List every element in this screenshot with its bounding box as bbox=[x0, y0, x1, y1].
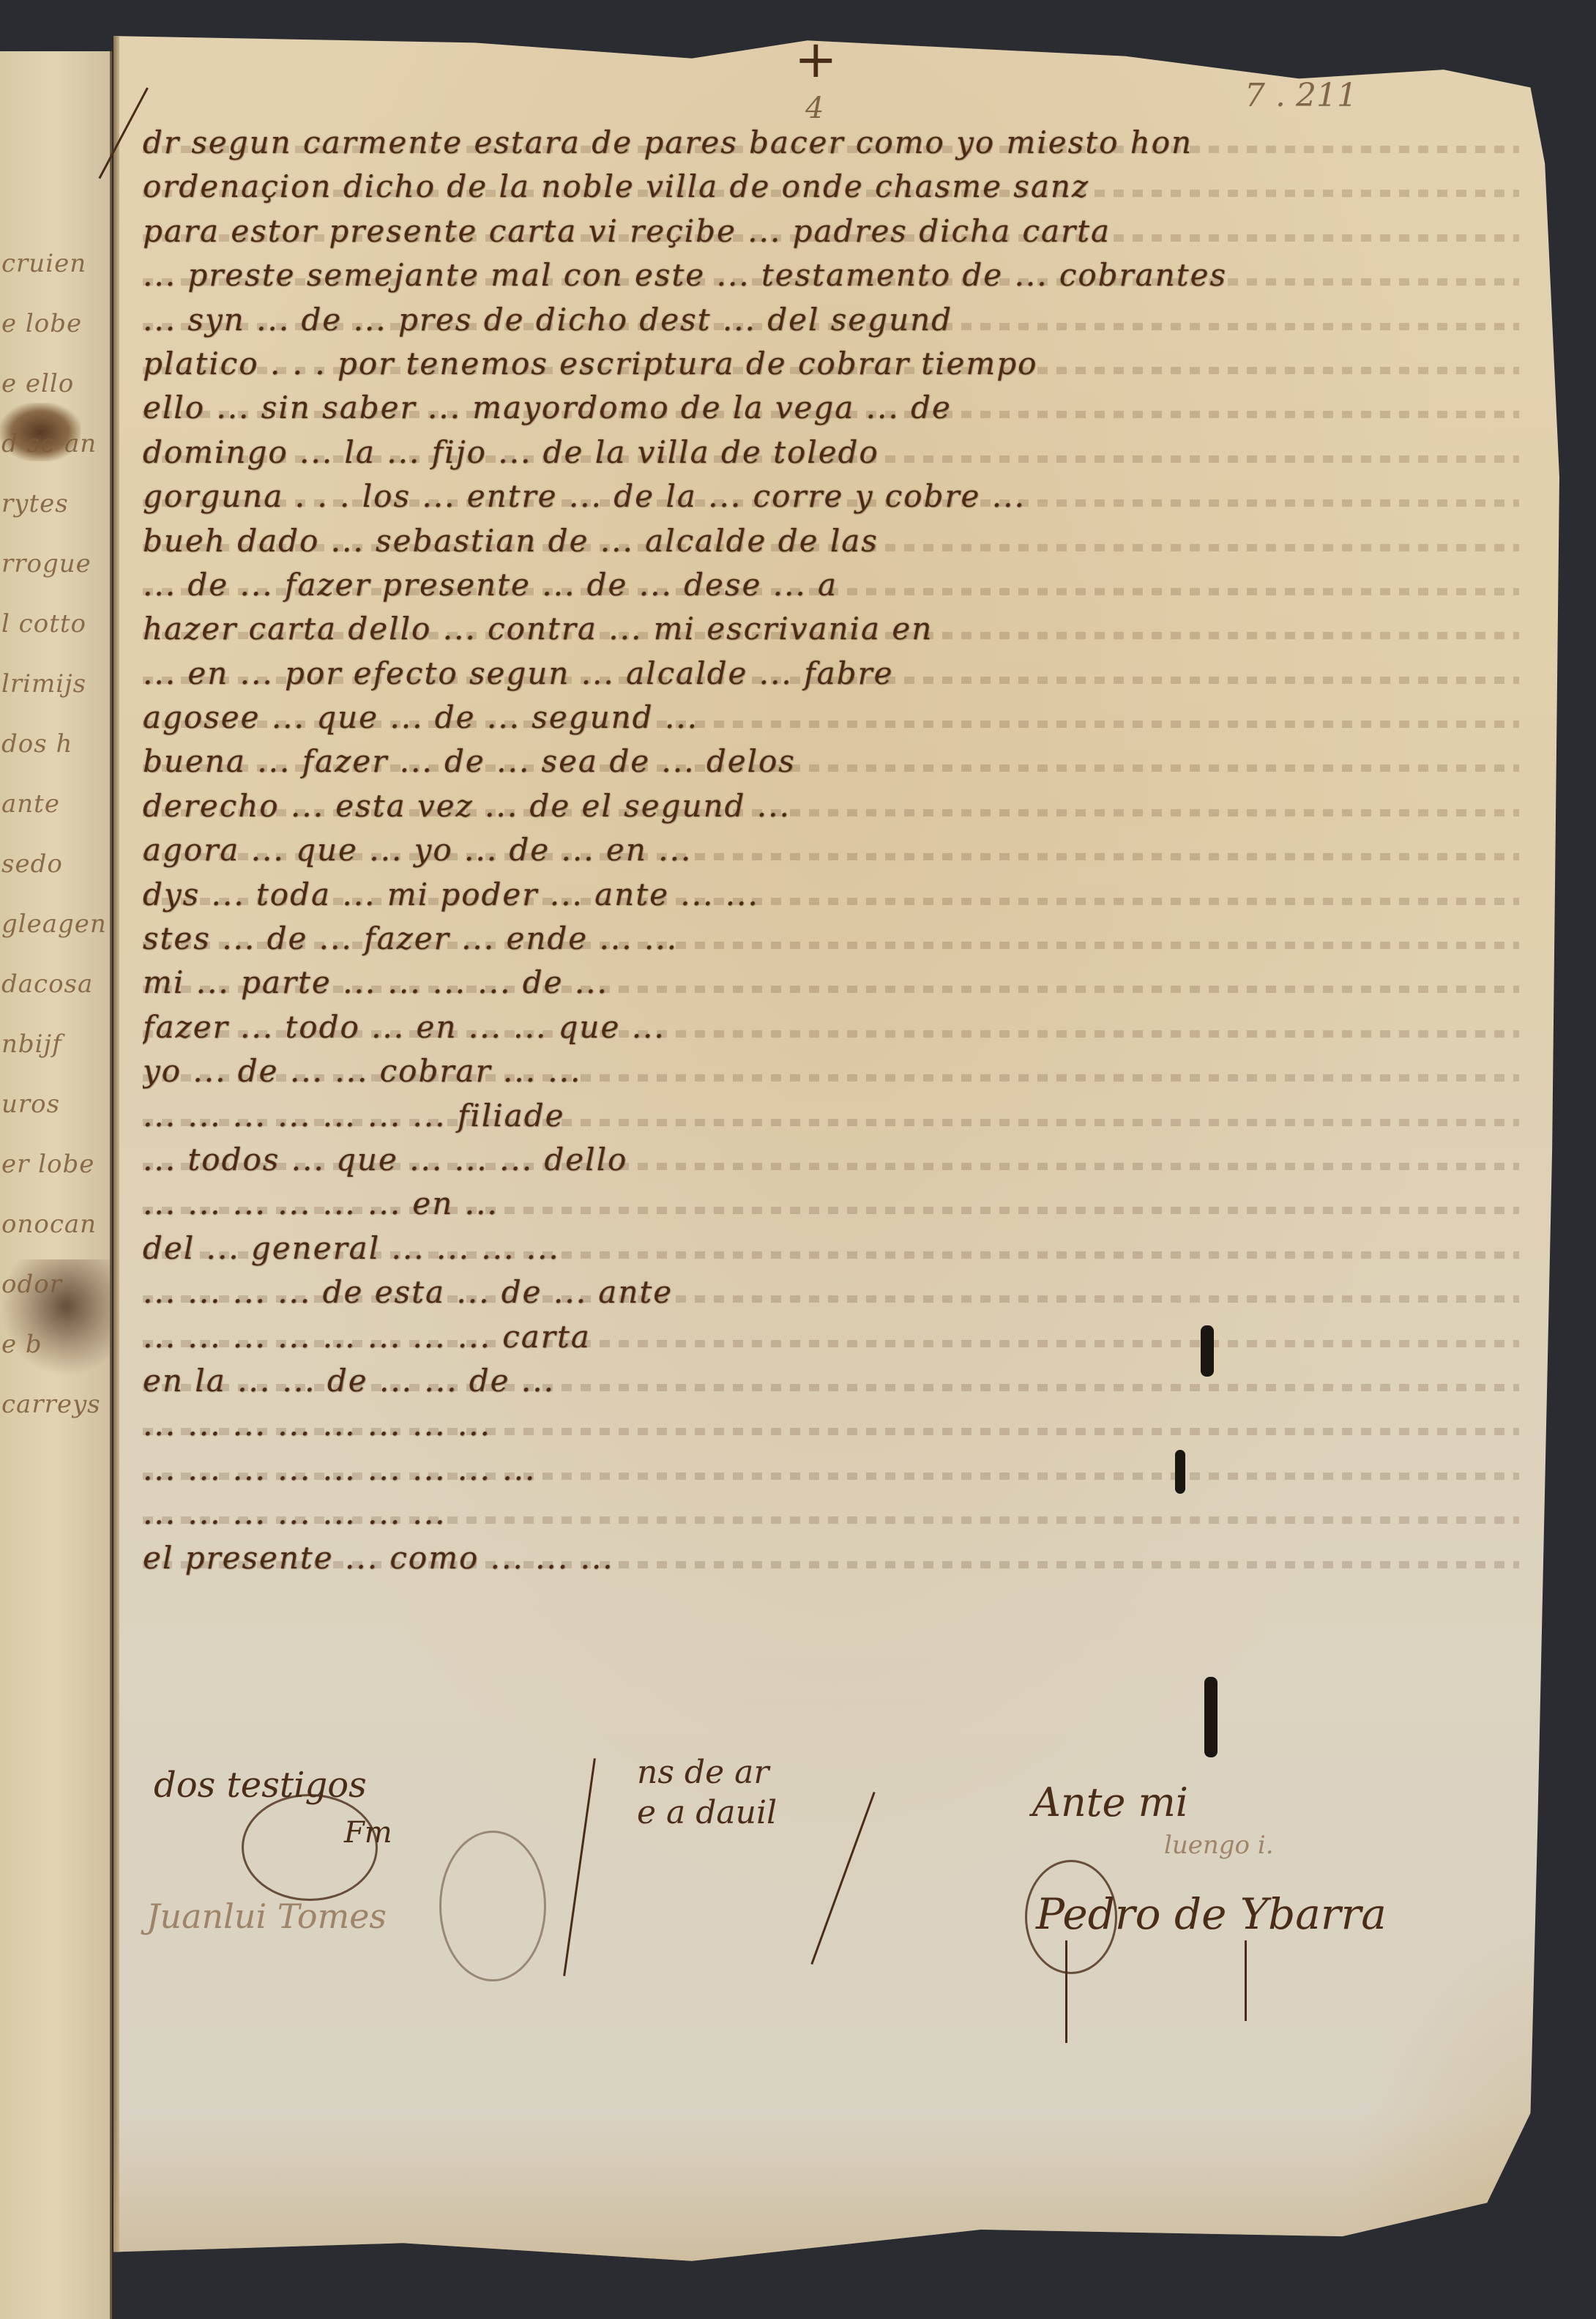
manuscript-line: bueh dado ... sebastian de ... alcalde d… bbox=[143, 519, 1519, 563]
signature-flourish bbox=[439, 1831, 546, 1981]
manuscript-line: yo ... de ... ... cobrar ... ... bbox=[143, 1049, 1519, 1093]
manuscript-line: ... syn ... de ... pres de dicho dest ..… bbox=[143, 298, 1519, 342]
manuscript-line: ... preste semejante mal con este ... te… bbox=[143, 253, 1519, 297]
margin-fragment: e b bbox=[1, 1330, 42, 1359]
manuscript-line: derecho ... esta vez ... de el segund ..… bbox=[143, 784, 1519, 828]
manuscript-line: ello ... sin saber ... mayordomo de la v… bbox=[143, 386, 1519, 430]
signature-line-1: ns de ar bbox=[637, 1754, 769, 1791]
margin-fragment: uros bbox=[1, 1090, 60, 1119]
manuscript-line: ... en ... por efecto segun ... alcalde … bbox=[143, 652, 1519, 696]
manuscript-line: ... ... ... ... de esta ... de ... ante bbox=[143, 1270, 1519, 1314]
manuscript-line: agosee ... que ... de ... segund ... bbox=[143, 696, 1519, 740]
manuscript-line: ... ... ... ... ... ... ... ... ... bbox=[143, 1448, 1519, 1492]
manuscript-line: ... ... ... ... ... ... ... ... carta bbox=[143, 1315, 1519, 1359]
manuscript-line: agora ... que ... yo ... de ... en ... bbox=[143, 828, 1519, 872]
top-right-mark: 7 . 211 bbox=[1245, 77, 1357, 114]
faint-signature: Juanlui Tomes bbox=[146, 1896, 387, 1936]
manuscript-line: ... ... ... ... ... ... ... bbox=[143, 1492, 1519, 1536]
margin-fragment: odor bbox=[1, 1270, 62, 1299]
margin-fragment: e lobe bbox=[1, 309, 82, 338]
manuscript-line: para estor presente carta vi reçibe ... … bbox=[143, 209, 1519, 253]
margin-fragment: carreys bbox=[1, 1390, 101, 1419]
margin-fragment: er lobe bbox=[1, 1150, 94, 1179]
manuscript-line: mi ... parte ... ... ... ... de ... bbox=[143, 961, 1519, 1005]
margin-fragment: rrogue bbox=[1, 549, 92, 578]
manuscript-line: stes ... de ... fazer ... ende ... ... bbox=[143, 917, 1519, 961]
ante-mi-label: Ante mi bbox=[1032, 1779, 1188, 1825]
margin-fragment: onocan bbox=[1, 1210, 97, 1239]
margin-fragment: ante bbox=[1, 789, 60, 819]
manuscript-line: hazer carta dello ... contra ... mi escr… bbox=[143, 607, 1519, 651]
margin-fragment: lrimijs bbox=[1, 669, 86, 699]
manuscript-line: fazer ... todo ... en ... ... que ... bbox=[143, 1005, 1519, 1049]
paper-tear bbox=[1175, 1450, 1185, 1494]
notary-annotation: luengo i. bbox=[1164, 1831, 1274, 1860]
manuscript-line: ... ... ... ... ... ... ... ... bbox=[143, 1403, 1519, 1447]
facing-page-left: cruiene lobee ellod se anrytesrroguel co… bbox=[0, 51, 112, 2319]
signature-flourish bbox=[242, 1794, 378, 1901]
margin-fragment: l cotto bbox=[1, 609, 86, 639]
margin-fragment: rytes bbox=[1, 489, 69, 518]
margin-fragment: nbijf bbox=[1, 1030, 62, 1059]
manuscript-line: ... ... ... ... ... ... en ... bbox=[143, 1182, 1519, 1226]
manuscript-line: domingo ... la ... fijo ... de la villa … bbox=[143, 431, 1519, 474]
manuscript-line: gorguna . . . los ... entre ... de la ..… bbox=[143, 474, 1519, 518]
margin-fragment: gleagen bbox=[1, 909, 107, 939]
margin-fragment: dacosa bbox=[1, 969, 93, 999]
manuscript-line: el presente ... como ... ... ... bbox=[143, 1536, 1519, 1580]
manuscript-line: ... de ... fazer presente ... de ... des… bbox=[143, 563, 1519, 607]
notary-pen-stroke bbox=[1245, 1940, 1247, 2021]
manuscript-line: platico . . . por tenemos escriptura de … bbox=[143, 342, 1519, 386]
manuscript-line: ordenaçion dicho de la noble villa de on… bbox=[143, 165, 1519, 209]
manuscript-body: dr segun carmente estara de pares bacer … bbox=[143, 121, 1519, 1580]
margin-fragment: d se an bbox=[1, 429, 97, 458]
margin-fragment: e ello bbox=[1, 369, 74, 398]
paper-stain-corner bbox=[1340, 1904, 1559, 2270]
margin-fragment: dos h bbox=[1, 729, 72, 759]
manuscript-line: buena ... fazer ... de ... sea de ... de… bbox=[143, 740, 1519, 783]
notary-pen-stroke bbox=[1065, 1940, 1067, 2043]
margin-fragment: cruien bbox=[1, 249, 86, 278]
cross-mark: + bbox=[794, 29, 838, 89]
page-gutter bbox=[113, 29, 119, 2270]
manuscript-line: ... ... ... ... ... ... ... filiade bbox=[143, 1094, 1519, 1138]
manuscript-line: del ... general ... ... ... ... bbox=[143, 1226, 1519, 1270]
margin-fragment: sedo bbox=[1, 849, 63, 879]
manuscript-line: dr segun carmente estara de pares bacer … bbox=[143, 121, 1519, 165]
manuscript-line: ... todos ... que ... ... ... dello bbox=[143, 1138, 1519, 1182]
paper-tear bbox=[1204, 1677, 1217, 1757]
paper-tear bbox=[1201, 1325, 1214, 1377]
manuscript-line: dys ... toda ... mi poder ... ante ... .… bbox=[143, 873, 1519, 917]
notary-signature: Pedro de Ybarra bbox=[1036, 1889, 1387, 1939]
signature-line-2: e a dauil bbox=[637, 1794, 777, 1831]
manuscript-line: en la ... ... de ... ... de ... bbox=[143, 1359, 1519, 1403]
